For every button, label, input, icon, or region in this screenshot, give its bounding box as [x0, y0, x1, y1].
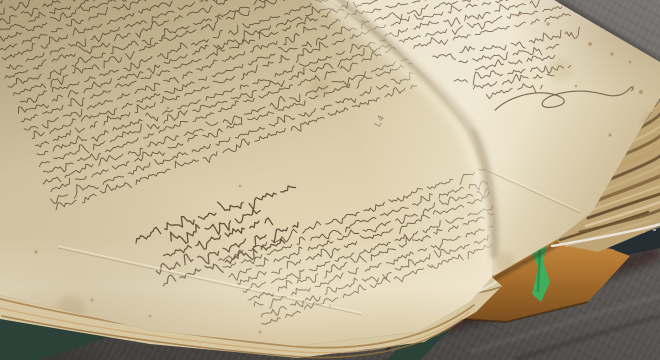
gutter-fold [0, 0, 660, 360]
manuscript-photo: L4 [0, 0, 660, 360]
